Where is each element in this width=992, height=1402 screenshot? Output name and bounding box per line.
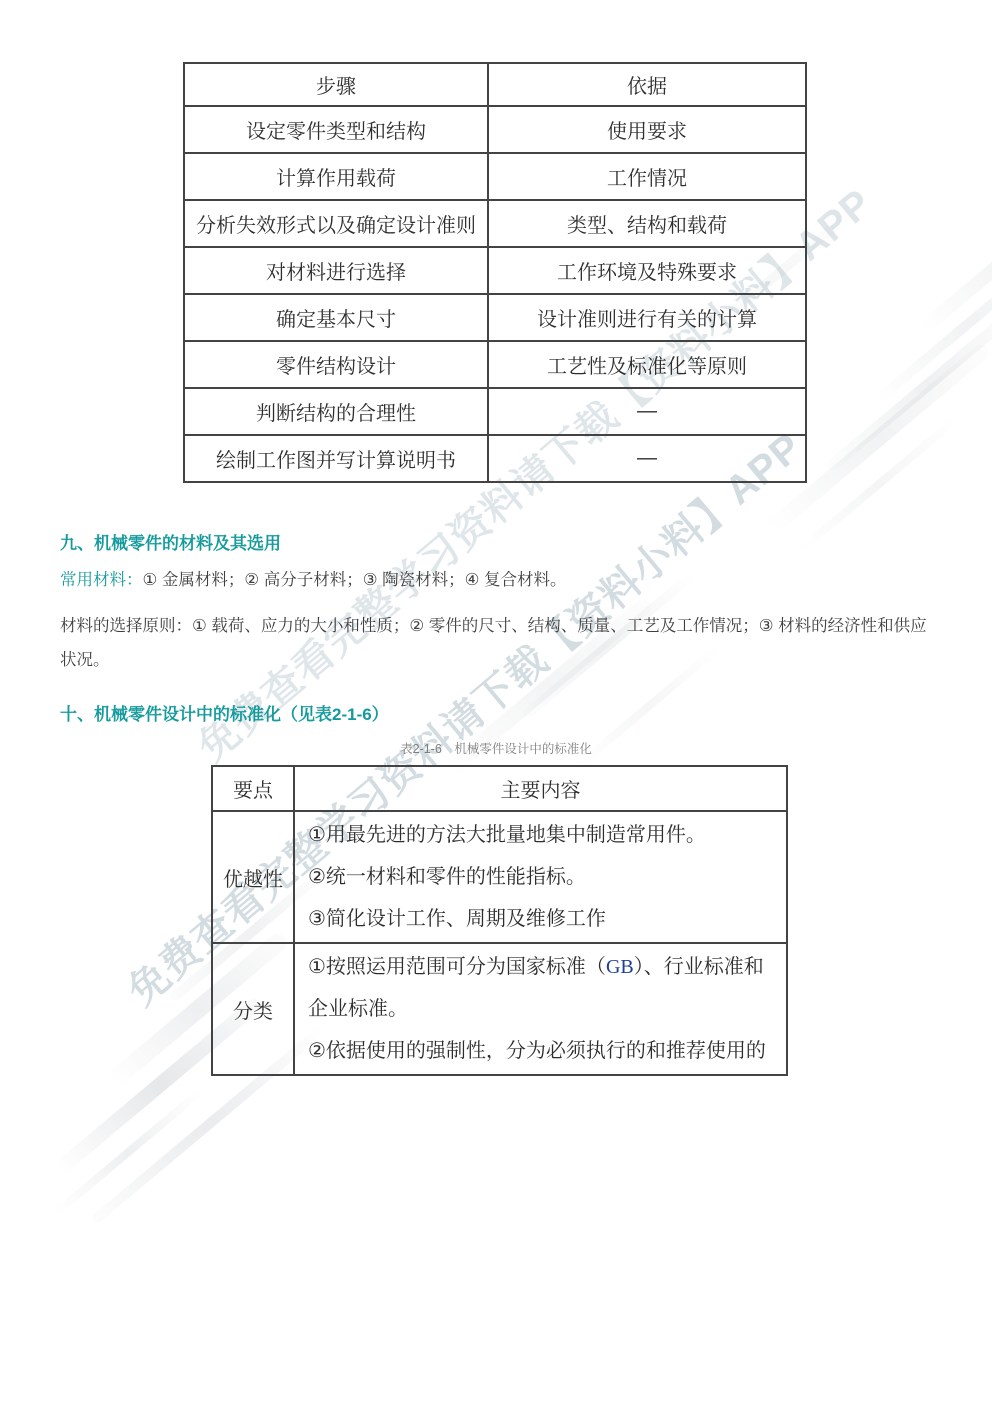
table-row: 设定零件类型和结构 使用要求 <box>184 106 806 153</box>
watermark-streak <box>873 241 992 404</box>
table2-header-keypoint: 要点 <box>212 766 294 811</box>
table-cell: — <box>488 388 806 435</box>
table-row: 绘制工作图并写计算说明书 — <box>184 435 806 482</box>
watermark-streak <box>825 295 992 473</box>
table-cell: ①按照运用范围可分为国家标准（GB）、行业标准和企业标准。 ②依据使用的强制性，… <box>294 943 787 1075</box>
table-cell: 零件结构设计 <box>184 341 488 388</box>
paragraph-text: ① 金属材料；② 高分子材料；③ 陶瓷材料；④ 复合材料。 <box>143 571 567 589</box>
content-line: ③简化设计工作、周期及维修工作 <box>308 898 778 940</box>
content-line: ②依据使用的强制性，分为必须执行的和推荐使用的 <box>308 1030 778 1072</box>
content-text: ①按照运用范围可分为国家标准（ <box>308 956 606 978</box>
table-cell: — <box>488 435 806 482</box>
table-cell: 确定基本尺寸 <box>184 294 488 341</box>
table-cell: 使用要求 <box>488 106 806 153</box>
material-selection-paragraph: 材料的选择原则：① 载荷、应力的大小和性质；② 零件的尺寸、结构、质量、工艺及工… <box>60 609 942 677</box>
watermark-streak <box>917 195 992 336</box>
paragraph-label: 常用材料： <box>60 571 143 589</box>
watermark-streak <box>55 1089 202 1214</box>
table-caption: 表2-1-6 机械零件设计中的标准化 <box>0 739 992 757</box>
table2-header-content: 主要内容 <box>294 766 787 811</box>
table-row: 零件结构设计 工艺性及标准化等原则 <box>184 341 806 388</box>
table-cell: 判断结构的合理性 <box>184 388 488 435</box>
content-line: ②统一材料和零件的性能指标。 <box>308 856 778 898</box>
table-cell: 绘制工作图并写计算说明书 <box>184 435 488 482</box>
watermark-streak <box>799 416 959 552</box>
table-row: 分类 ①按照运用范围可分为国家标准（GB）、行业标准和企业标准。 ②依据使用的强… <box>212 943 787 1075</box>
standardization-table: 要点 主要内容 优越性 ①用最先进的方法大批量地集中制造常用件。 ②统一材料和零… <box>211 765 788 1076</box>
section-heading-9: 九、机械零件的材料及其选用 <box>60 529 281 554</box>
table-row: 分析失效形式以及确定设计准则 类型、结构和载荷 <box>184 200 806 247</box>
table-cell: 分析失效形式以及确定设计准则 <box>184 200 488 247</box>
table-cell: 分类 <box>212 943 294 1075</box>
common-materials-paragraph: 常用材料：① 金属材料；② 高分子材料；③ 陶瓷材料；④ 复合材料。 <box>60 563 942 597</box>
table-cell: 类型、结构和载荷 <box>488 200 806 247</box>
table-cell: 对材料进行选择 <box>184 247 488 294</box>
document-page: 免费查看完整学习资料请下载【资料小料】APP 免费查看完整学习资料请下载【资料小… <box>0 0 992 1402</box>
table-cell: 设定零件类型和结构 <box>184 106 488 153</box>
table-row: 确定基本尺寸 设计准则进行有关的计算 <box>184 294 806 341</box>
table-row: 判断结构的合理性 — <box>184 388 806 435</box>
table-cell: 设计准则进行有关的计算 <box>488 294 806 341</box>
content-line: ①按照运用范围可分为国家标准（GB）、行业标准和企业标准。 <box>308 946 778 1030</box>
table1-header-step: 步骤 <box>184 63 488 106</box>
table-cell: 工作情况 <box>488 153 806 200</box>
table-cell: 优越性 <box>212 811 294 943</box>
table-header-row: 步骤 依据 <box>184 63 806 106</box>
design-steps-table: 步骤 依据 设定零件类型和结构 使用要求 计算作用载荷 工作情况 分析失效形式以… <box>183 62 807 483</box>
table-row: 优越性 ①用最先进的方法大批量地集中制造常用件。 ②统一材料和零件的性能指标。 … <box>212 811 787 943</box>
table-cell: ①用最先进的方法大批量地集中制造常用件。 ②统一材料和零件的性能指标。 ③简化设… <box>294 811 787 943</box>
table-row: 计算作用载荷 工作情况 <box>184 153 806 200</box>
table-cell: 工艺性及标准化等原则 <box>488 341 806 388</box>
section-heading-10: 十、机械零件设计中的标准化（见表2-1-6） <box>60 700 389 725</box>
content-line: ①用最先进的方法大批量地集中制造常用件。 <box>308 814 778 856</box>
table1-header-basis: 依据 <box>488 63 806 106</box>
table-header-row: 要点 主要内容 <box>212 766 787 811</box>
table-cell: 计算作用载荷 <box>184 153 488 200</box>
gb-standard-code: GB <box>606 956 634 978</box>
table-row: 对材料进行选择 工作环境及特殊要求 <box>184 247 806 294</box>
table-cell: 工作环境及特殊要求 <box>488 247 806 294</box>
